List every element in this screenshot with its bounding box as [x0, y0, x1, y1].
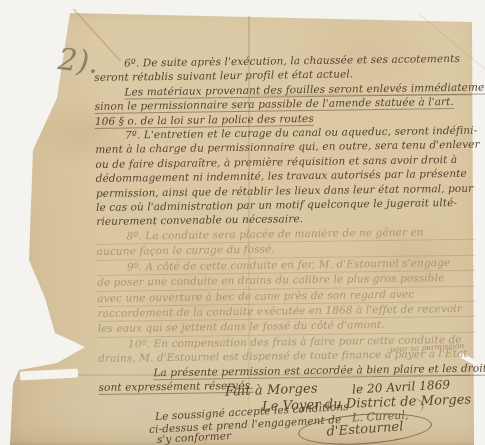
pencil-page-number: 2). — [56, 42, 100, 81]
signee-signature-text: d'Estournel — [326, 419, 404, 439]
scanned-manuscript: 2). 6º. De suite après l'exécution, la c… — [0, 0, 485, 445]
